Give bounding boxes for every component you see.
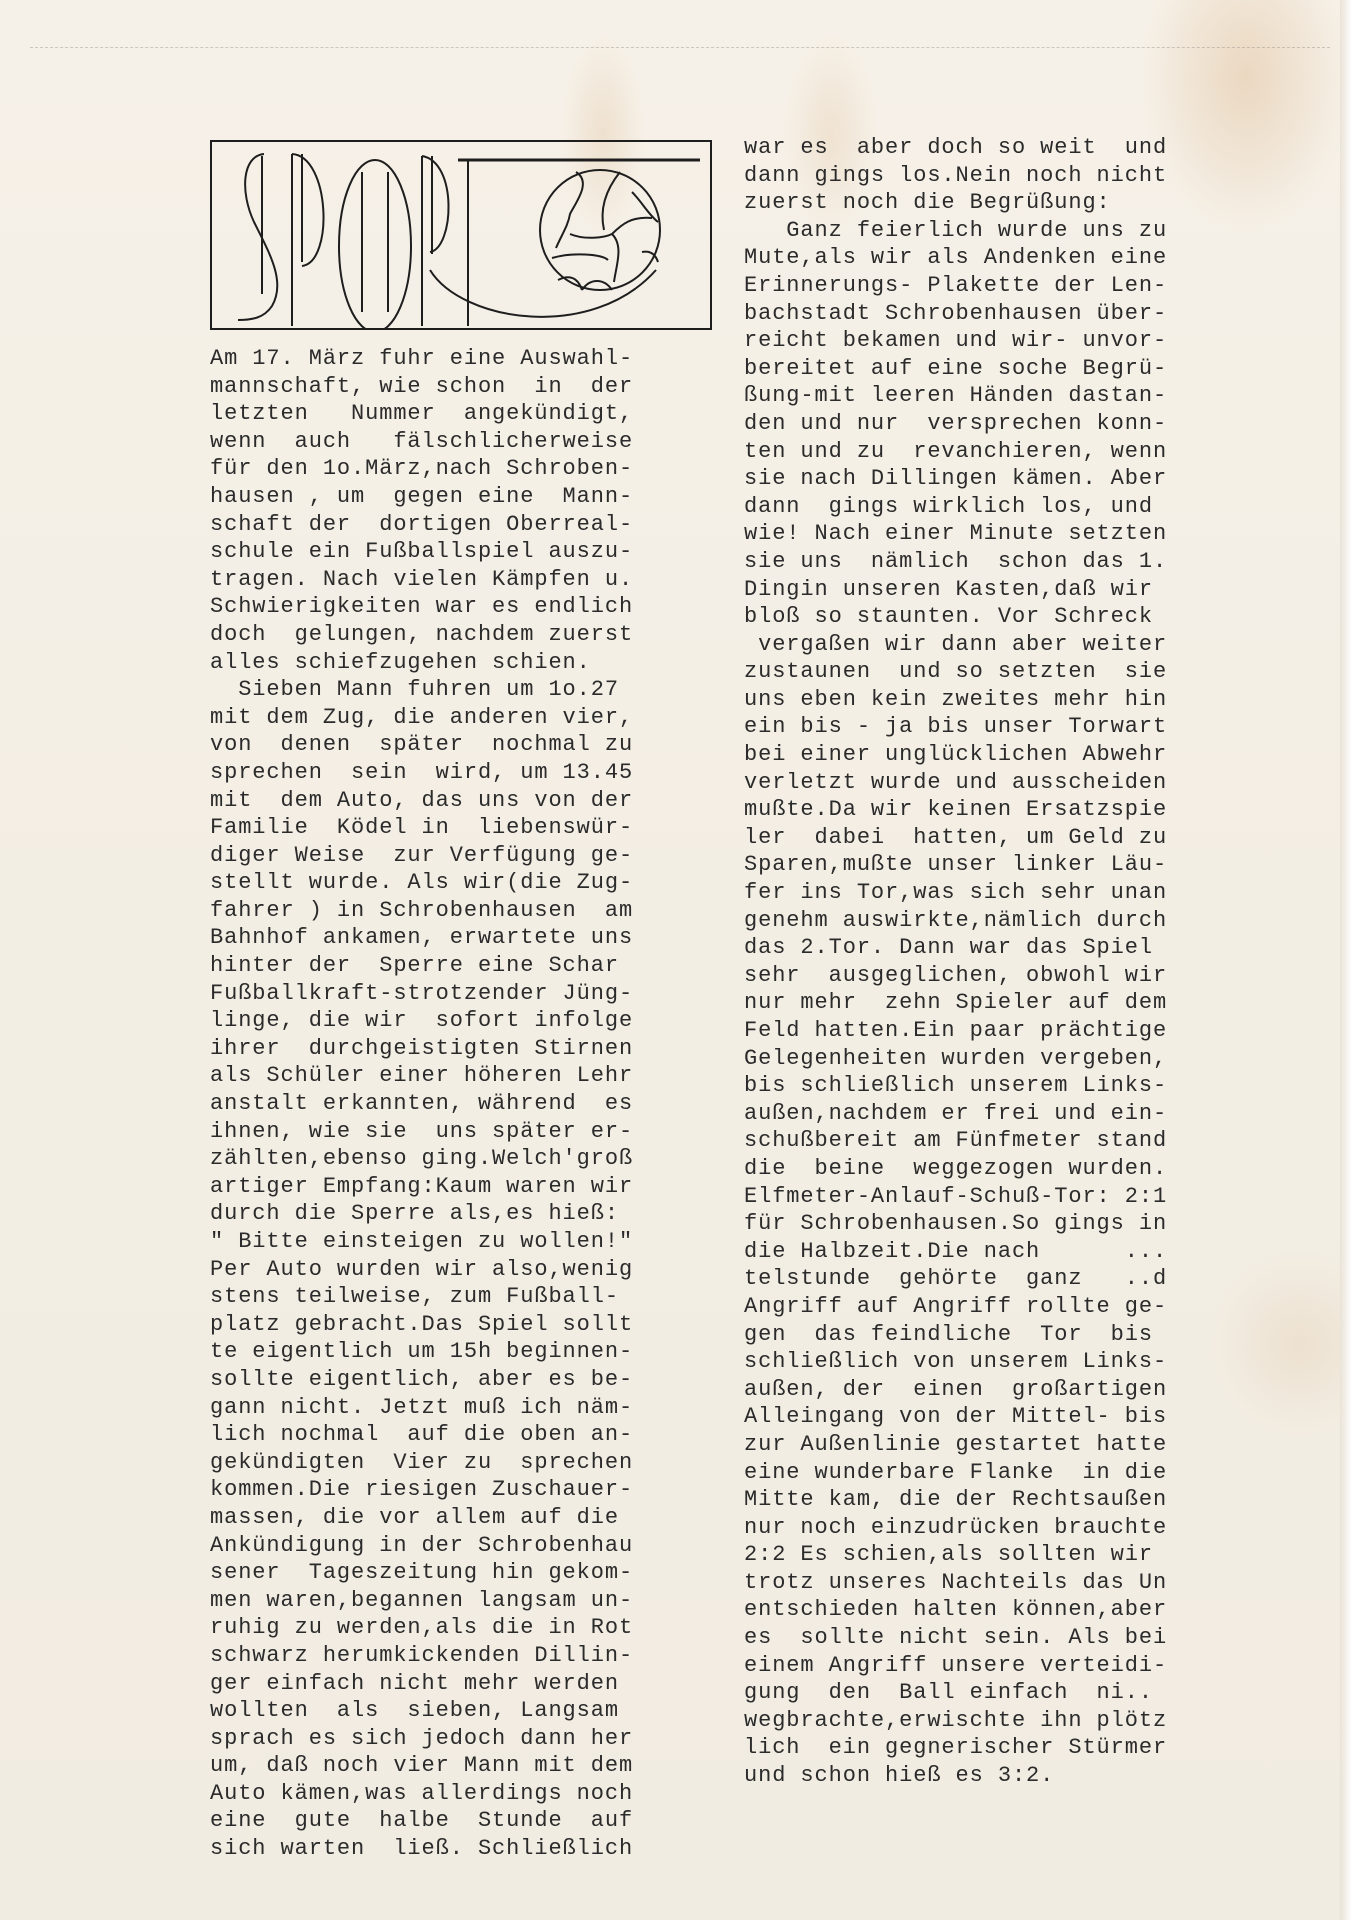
text-line: Erinnerungs- Plakette der Len- xyxy=(744,272,1254,300)
article-column-left: Am 17. März fuhr eine Auswahl-mannschaft… xyxy=(210,345,710,1863)
text-line: kommen.Die riesigen Zuschauer- xyxy=(210,1476,710,1504)
text-line: ein bis - ja bis unser Torwart xyxy=(744,713,1254,741)
text-line: verletzt wurde und ausscheiden xyxy=(744,769,1254,797)
text-line: zustaunen und so setzten sie xyxy=(744,658,1254,686)
text-line: von denen später nochmal zu xyxy=(210,731,710,759)
text-line: doch gelungen, nachdem zuerst xyxy=(210,621,710,649)
text-line: Dingin unseren Kasten,daß wir xyxy=(744,576,1254,604)
text-line: nur mehr zehn Spieler auf dem xyxy=(744,989,1254,1017)
paper-edge xyxy=(1340,0,1360,1920)
text-line: massen, die vor allem auf die xyxy=(210,1504,710,1532)
text-line: gung den Ball einfach ni.. xyxy=(744,1679,1254,1707)
text-line: genehm auswirkte,nämlich durch xyxy=(744,907,1254,935)
text-line: Elfmeter-Anlauf-Schuß-Tor: 2:1 xyxy=(744,1183,1254,1211)
text-line: gen das feindliche Tor bis xyxy=(744,1321,1254,1349)
text-line: ger einfach nicht mehr werden xyxy=(210,1670,710,1698)
text-line: fer ins Tor,was sich sehr unan xyxy=(744,879,1254,907)
text-line: die Halbzeit.Die nach ... xyxy=(744,1238,1254,1266)
text-line: telstunde gehörte ganz ..d xyxy=(744,1265,1254,1293)
text-line: letzten Nummer angekündigt, xyxy=(210,400,710,428)
text-line: außen,nachdem er frei und ein- xyxy=(744,1100,1254,1128)
text-line: hinter der Sperre eine Schar xyxy=(210,952,710,980)
text-line: lich nochmal auf die oben an- xyxy=(210,1421,710,1449)
text-line: vergaßen wir dann aber weiter xyxy=(744,631,1254,659)
text-line: den und nur versprechen konn- xyxy=(744,410,1254,438)
text-line: für den 1o.März,nach Schroben- xyxy=(210,455,710,483)
text-line: mußte.Da wir keinen Ersatzspie xyxy=(744,796,1254,824)
text-line: zur Außenlinie gestartet hatte xyxy=(744,1431,1254,1459)
text-line: sich warten ließ. Schließlich xyxy=(210,1835,710,1863)
text-line: Angriff auf Angriff rollte ge- xyxy=(744,1293,1254,1321)
text-line: ihrer durchgeistigten Stirnen xyxy=(210,1035,710,1063)
text-line: sie nach Dillingen kämen. Aber xyxy=(744,465,1254,493)
sport-header xyxy=(210,140,712,330)
text-line: Schwierigkeiten war es endlich xyxy=(210,593,710,621)
text-line: nur noch einzudrücken brauchte xyxy=(744,1514,1254,1542)
text-line: schußbereit am Fünfmeter stand xyxy=(744,1127,1254,1155)
text-line: linge, die wir sofort infolge xyxy=(210,1007,710,1035)
text-line: wie! Nach einer Minute setzten xyxy=(744,520,1254,548)
text-line: men waren,begannen langsam un- xyxy=(210,1587,710,1615)
text-line: zuerst noch die Begrüßung: xyxy=(744,189,1254,217)
text-line: Am 17. März fuhr eine Auswahl- xyxy=(210,345,710,373)
text-line: schwarz herumkickenden Dillin- xyxy=(210,1642,710,1670)
text-line: Mute,als wir als Andenken eine xyxy=(744,244,1254,272)
text-line: Auto kämen,was allerdings noch xyxy=(210,1780,710,1808)
text-line: für Schrobenhausen.So gings in xyxy=(744,1210,1254,1238)
text-line: außen, der einen großartigen xyxy=(744,1376,1254,1404)
text-line: hausen , um gegen eine Mann- xyxy=(210,483,710,511)
text-line: platz gebracht.Das Spiel sollt xyxy=(210,1311,710,1339)
text-line: 2:2 Es schien,als sollten wir xyxy=(744,1541,1254,1569)
text-line: mit dem Zug, die anderen vier, xyxy=(210,704,710,732)
text-line: schaft der dortigen Oberreal- xyxy=(210,511,710,539)
text-line: dann gings los.Nein noch nicht xyxy=(744,162,1254,190)
text-line: Ganz feierlich wurde uns zu xyxy=(744,217,1254,245)
text-line: Sieben Mann fuhren um 1o.27 xyxy=(210,676,710,704)
text-line: trotz unseres Nachteils das Un xyxy=(744,1569,1254,1597)
text-line: Gelegenheiten wurden vergeben, xyxy=(744,1045,1254,1073)
text-line: die beine weggezogen wurden. xyxy=(744,1155,1254,1183)
text-line: mannschaft, wie schon in der xyxy=(210,373,710,401)
text-line: durch die Sperre als,es hieß: xyxy=(210,1200,710,1228)
text-line: sollte eigentlich, aber es be- xyxy=(210,1366,710,1394)
text-line: wollten als sieben, Langsam xyxy=(210,1697,710,1725)
text-line: lich ein gegnerischer Stürmer xyxy=(744,1734,1254,1762)
text-line: ruhig zu werden,als die in Rot xyxy=(210,1614,710,1642)
text-line: Familie Ködel in liebenswür- xyxy=(210,814,710,842)
text-line: Bahnhof ankamen, erwartete uns xyxy=(210,924,710,952)
text-line: ler dabei hatten, um Geld zu xyxy=(744,824,1254,852)
text-line: einem Angriff unsere verteidi- xyxy=(744,1652,1254,1680)
text-line: wegbrachte,erwischte ihn plötz xyxy=(744,1707,1254,1735)
text-line: und schon hieß es 3:2. xyxy=(744,1762,1254,1790)
text-line: tragen. Nach vielen Kämpfen u. xyxy=(210,566,710,594)
text-line: stellt wurde. Als wir(die Zug- xyxy=(210,869,710,897)
bleed-through-line xyxy=(30,47,1330,49)
text-line: Mitte kam, die der Rechtsaußen xyxy=(744,1486,1254,1514)
article-column-right: war es aber doch so weit unddann gings l… xyxy=(744,134,1254,1790)
text-line: entschieden halten können,aber xyxy=(744,1596,1254,1624)
text-line: das 2.Tor. Dann war das Spiel xyxy=(744,934,1254,962)
text-line: um, daß noch vier Mann mit dem xyxy=(210,1752,710,1780)
text-line: fahrer ) in Schrobenhausen am xyxy=(210,897,710,925)
text-line: bis schließlich unserem Links- xyxy=(744,1072,1254,1100)
text-line: sprechen sein wird, um 13.45 xyxy=(210,759,710,787)
text-line: bachstadt Schrobenhausen über- xyxy=(744,300,1254,328)
text-line: Sparen,mußte unser linker Läu- xyxy=(744,851,1254,879)
text-line: ßung-mit leeren Händen dastan- xyxy=(744,382,1254,410)
text-line: sehr ausgeglichen, obwohl wir xyxy=(744,962,1254,990)
text-line: sprach es sich jedoch dann her xyxy=(210,1725,710,1753)
text-line: mit dem Auto, das uns von der xyxy=(210,787,710,815)
text-line: wenn auch fälschlicherweise xyxy=(210,428,710,456)
text-line: als Schüler einer höheren Lehr xyxy=(210,1062,710,1090)
text-line: sie uns nämlich schon das 1. xyxy=(744,548,1254,576)
text-line: uns eben kein zweites mehr hin xyxy=(744,686,1254,714)
text-line: anstalt erkannten, während es xyxy=(210,1090,710,1118)
text-line: te eigentlich um 15h beginnen- xyxy=(210,1338,710,1366)
text-line: Ankündigung in der Schrobenhau xyxy=(210,1532,710,1560)
text-line: alles schiefzugehen schien. xyxy=(210,649,710,677)
text-line: Fußballkraft-strotzender Jüng- xyxy=(210,980,710,1008)
text-line: es sollte nicht sein. Als bei xyxy=(744,1624,1254,1652)
text-line: schule ein Fußballspiel auszu- xyxy=(210,538,710,566)
text-line: bloß so staunten. Vor Schreck xyxy=(744,603,1254,631)
text-line: bei einer unglücklichen Abwehr xyxy=(744,741,1254,769)
text-line: stens teilweise, zum Fußball- xyxy=(210,1283,710,1311)
text-line: ihnen, wie sie uns später er- xyxy=(210,1118,710,1146)
text-line: " Bitte einsteigen zu wollen!" xyxy=(210,1228,710,1256)
text-line: schließlich von unserem Links- xyxy=(744,1348,1254,1376)
sport-title-art xyxy=(212,142,710,328)
text-line: gann nicht. Jetzt muß ich näm- xyxy=(210,1394,710,1422)
text-line: bereitet auf eine soche Begrü- xyxy=(744,355,1254,383)
text-line: sener Tageszeitung hin gekom- xyxy=(210,1559,710,1587)
text-line: zählten,ebenso ging.Welch'groß xyxy=(210,1145,710,1173)
text-line: diger Weise zur Verfügung ge- xyxy=(210,842,710,870)
text-line: eine gute halbe Stunde auf xyxy=(210,1807,710,1835)
text-line: Alleingang von der Mittel- bis xyxy=(744,1403,1254,1431)
text-line: Feld hatten.Ein paar prächtige xyxy=(744,1017,1254,1045)
text-line: war es aber doch so weit und xyxy=(744,134,1254,162)
text-line: Per Auto wurden wir also,wenig xyxy=(210,1256,710,1284)
text-line: eine wunderbare Flanke in die xyxy=(744,1459,1254,1487)
text-line: artiger Empfang:Kaum waren wir xyxy=(210,1173,710,1201)
text-line: reicht bekamen und wir- unvor- xyxy=(744,327,1254,355)
text-line: dann gings wirklich los, und xyxy=(744,493,1254,521)
text-line: gekündigten Vier zu sprechen xyxy=(210,1449,710,1477)
text-line: ten und zu revanchieren, wenn xyxy=(744,438,1254,466)
